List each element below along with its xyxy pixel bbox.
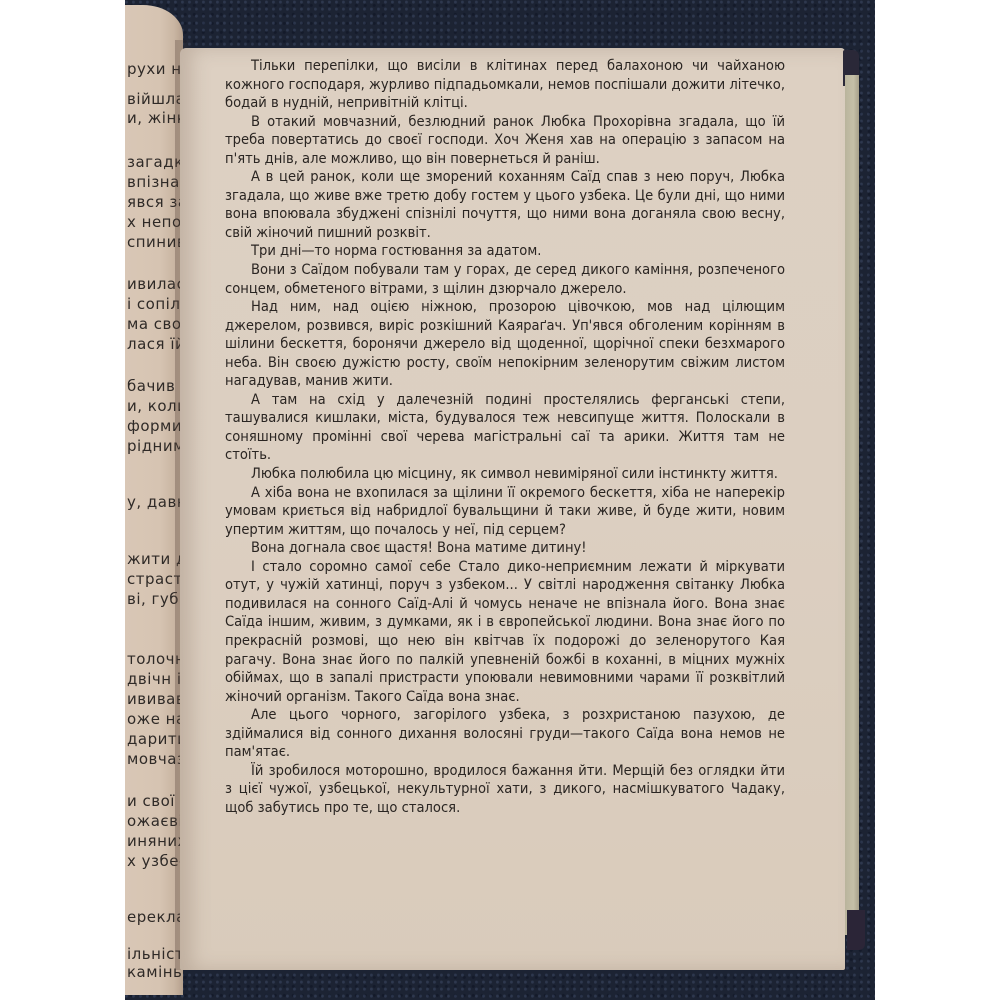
book-photo: рухи навійшла ви, жінказагадкувпізнатияв… — [125, 0, 875, 1000]
left-page-text-fragment: форми — [127, 417, 182, 435]
paragraph: Над ним, над оцією ніжною, прозорою ціво… — [225, 298, 785, 391]
paragraph: Їй зробилося моторошно, вродилося бажанн… — [225, 762, 785, 818]
paragraph: Вона догнала своє щастя! Вона матиме дит… — [225, 539, 785, 558]
paragraph: І стало соромно самої себе Стало дико-не… — [225, 558, 785, 706]
left-page-text-fragment: двічн і — [127, 670, 181, 688]
paragraph: А там на схід у далечезній подині просте… — [225, 391, 785, 465]
paragraph: Вони з Саїдом побували там у горах, де с… — [225, 261, 785, 298]
page-stack-edge — [845, 75, 859, 935]
left-page-text-fragment: і сопіл — [127, 295, 180, 313]
paragraph: Любка полюбила цю місцину, як символ нев… — [225, 465, 785, 484]
paragraph: Тільки перепілки, що висіли в клітинах п… — [225, 57, 785, 113]
paragraph: Три дні—то норма гостювання за адатом. — [225, 242, 785, 261]
paragraph: В отакий мовчазний, безлюдний ранок Любк… — [225, 113, 785, 169]
paragraph: Але цього чорного, загорілого узбека, з … — [225, 706, 785, 762]
book-cover-corner-bottom — [847, 910, 865, 950]
paragraph: А в цей ранок, коли ще зморений коханням… — [225, 168, 785, 242]
paragraph: А хіба вона не вхопилася за щілини її ок… — [225, 484, 785, 540]
page-body-text: Тільки перепілки, що висіли в клітинах п… — [225, 57, 785, 817]
left-page-text-fragment: и свої — [127, 792, 175, 810]
